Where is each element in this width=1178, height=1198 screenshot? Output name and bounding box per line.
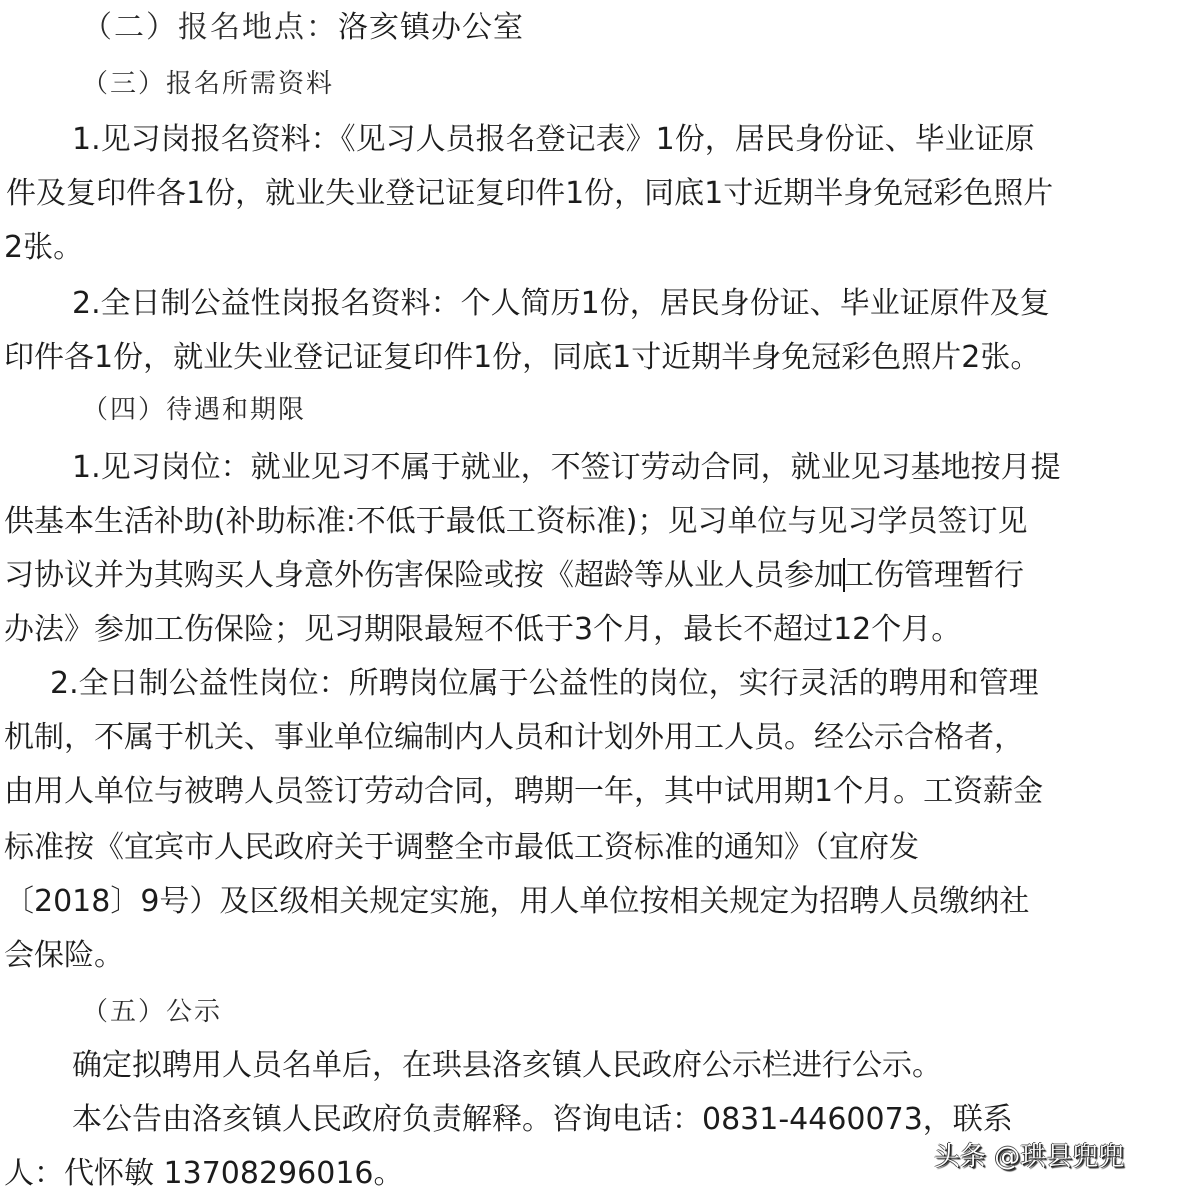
section-4-item-2-line-4: 标准按《宜宾市人民政府关于调整全市最低工资标准的通知》（宜府发 xyxy=(4,828,919,868)
section-3-item-2-line-2: 印件各1份，就业失业登记证复印件1份，同底1寸近期半身免冠彩色照片2张。 xyxy=(4,338,1040,378)
section-4-item-2-line-6: 会保险。 xyxy=(4,936,124,976)
footer-line-1: 本公告由洛亥镇人民政府负责解释。咨询电话：0831-4460073，联系 xyxy=(72,1100,1013,1140)
section-4-heading: （四）待遇和期限 xyxy=(82,390,306,430)
section-5-body: 确定拟聘用人员名单后，在珙县洛亥镇人民政府公示栏进行公示。 xyxy=(72,1046,942,1086)
section-2-heading-value: 洛亥镇办公室 xyxy=(338,10,524,45)
section-4-item-1-line-4: 办法》参加工伤保险；见习期限最短不低于3个月，最长不超过12个月。 xyxy=(4,610,961,650)
section-4-item-2-line-5: 〔2018〕9号）及区级相关规定实施，用人单位按相关规定为招聘人员缴纳社 xyxy=(4,882,1029,922)
section-2-heading-label: （二）报名地点： xyxy=(82,10,338,45)
section-4-item-1-line-3-after-caret: 工伤管理暂行 xyxy=(844,558,1024,593)
section-4-item-2-line-1: 2.全日制公益性岗位：所聘岗位属于公益性的岗位，实行灵活的聘用和管理 xyxy=(50,664,1039,704)
section-3-heading: （三）报名所需资料 xyxy=(82,64,334,104)
section-3-item-1-line-2: 件及复印件各1份，就业失业登记证复印件1份，同底1寸近期半身免冠彩色照片 xyxy=(6,174,1053,214)
section-2-heading: （二）报名地点：洛亥镇办公室 xyxy=(82,8,524,48)
toutiao-watermark: 头条 @珙县兜兜 xyxy=(934,1140,1124,1174)
section-4-item-1-line-1: 1.见习岗位：就业见习不属于就业，不签订劳动合同，就业见习基地按月提 xyxy=(72,448,1061,488)
section-4-item-2-line-3: 由用人单位与被聘人员签订劳动合同，聘期一年，其中试用期1个月。工资薪金 xyxy=(4,772,1043,812)
section-5-heading: （五）公示 xyxy=(82,992,222,1032)
section-4-item-1-line-3-before-caret: 习协议并为其购买人身意外伤害保险或按《超龄等从业人员参加 xyxy=(4,558,844,593)
section-4-item-1-line-3: 习协议并为其购买人身意外伤害保险或按《超龄等从业人员参加工伤管理暂行 xyxy=(4,556,1024,596)
section-3-item-2-line-1: 2.全日制公益性岗报名资料：个人简历1份，居民身份证、毕业证原件及复 xyxy=(72,284,1050,324)
text-cursor-caret xyxy=(843,558,845,592)
footer-line-2: 人：代怀敏 13708296016。 xyxy=(4,1154,404,1194)
section-4-item-1-line-2: 供基本生活补助(补助标准:不低于最低工资标准)；见习单位与见习学员签订见 xyxy=(4,502,1028,542)
section-3-item-1-line-3: 2张。 xyxy=(4,228,83,268)
section-3-item-1-line-1: 1.见习岗报名资料：《见习人员报名登记表》1份，居民身份证、毕业证原 xyxy=(72,120,1158,160)
section-4-item-2-line-2: 机制，不属于机关、事业单位编制内人员和计划外用工人员。经公示合格者， xyxy=(4,718,1024,758)
